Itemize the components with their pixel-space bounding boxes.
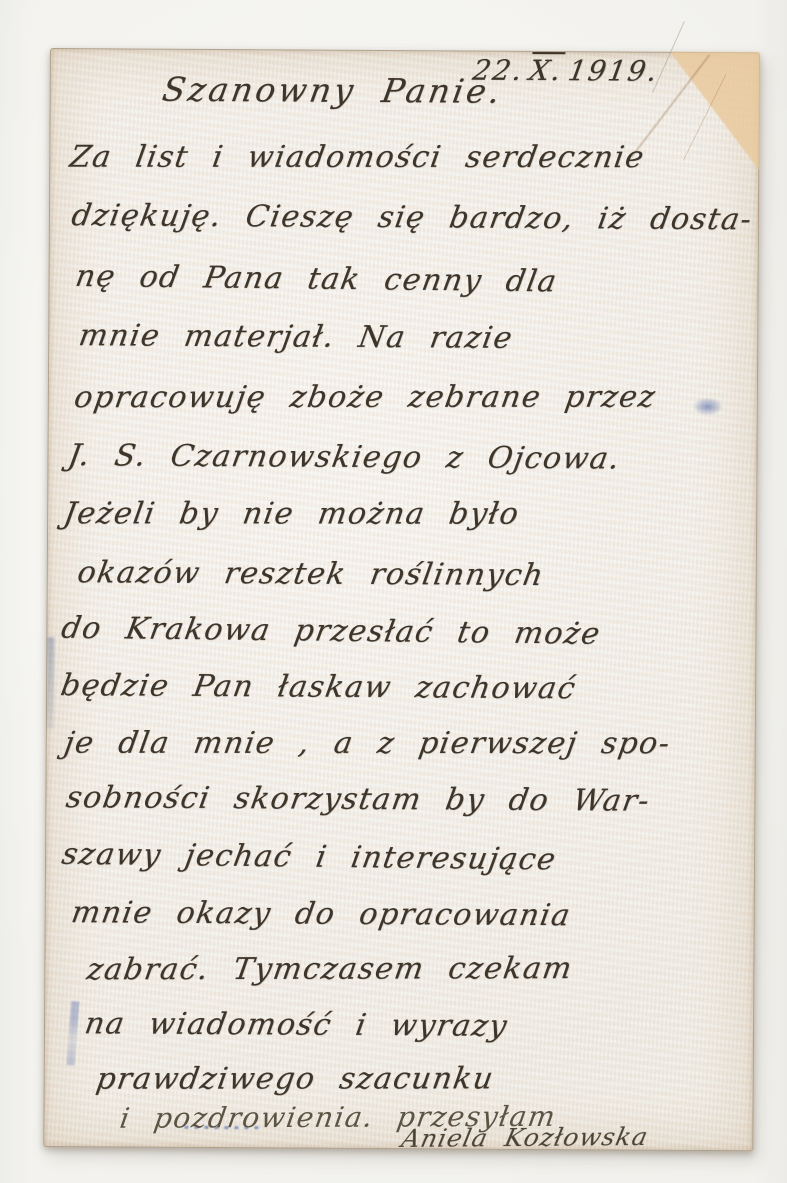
handwriting-line-14: mnie okazy do opracowania <box>69 896 574 932</box>
signature-line: Aniela Kozłowska <box>399 1123 651 1152</box>
date-year: 1919. <box>566 54 662 88</box>
handwriting-line-5: opracowuję zboże zebrane przez <box>72 381 658 414</box>
corner-fold <box>669 52 760 171</box>
handwriting-line-8: okazów resztek roślinnych <box>75 556 547 592</box>
handwriting-line-11: je dla mnie , a z pierwszej spo- <box>62 727 673 760</box>
handwriting-line-3: nę od Pana tak cenny dla <box>73 260 560 298</box>
blue-pencil-scribble <box>67 1001 80 1065</box>
handwriting-line-13: szawy jechać i interesujące <box>59 838 559 877</box>
date: 22.X.1919. <box>470 56 661 88</box>
handwriting-line-12: sobności skorzystam by do War- <box>64 781 653 818</box>
date-day: 22. <box>470 54 526 87</box>
handwriting-line-15: zabrać. Tymczasem czekam <box>84 952 575 986</box>
handwriting-line-4: mnie materjał. Na razie <box>77 319 516 355</box>
handwriting-line-1: Za list i wiadomości serdecznie <box>67 141 647 174</box>
handwriting-line-7: Jeżeli by nie można było <box>61 497 522 530</box>
blue-pencil-streak-left-edge <box>47 637 55 729</box>
handwriting-line-10: będzie Pan łaskaw zachować <box>58 669 578 705</box>
postcard: Szanowny Panie. 22.X.1919. Za list i wia… <box>43 48 760 1151</box>
handwriting-line-2: dziękuję. Cieszę się bardzo, iż dosta- <box>69 199 755 236</box>
scan-background: Szanowny Panie. 22.X.1919. Za list i wia… <box>0 0 787 1183</box>
date-month: X. <box>527 54 565 87</box>
handwriting-line-9: do Krakowa przesłać to może <box>59 612 604 651</box>
blue-ink-smudge <box>694 398 722 415</box>
handwriting-line-6: J. S. Czarnowskiego z Ojcowa. <box>66 439 623 475</box>
handwriting-line-17: prawdziwego szacunku <box>94 1062 497 1095</box>
salutation-line: Szanowny Panie. <box>160 72 506 110</box>
handwriting-line-16: na wiadomość i wyrazy <box>82 1007 510 1043</box>
